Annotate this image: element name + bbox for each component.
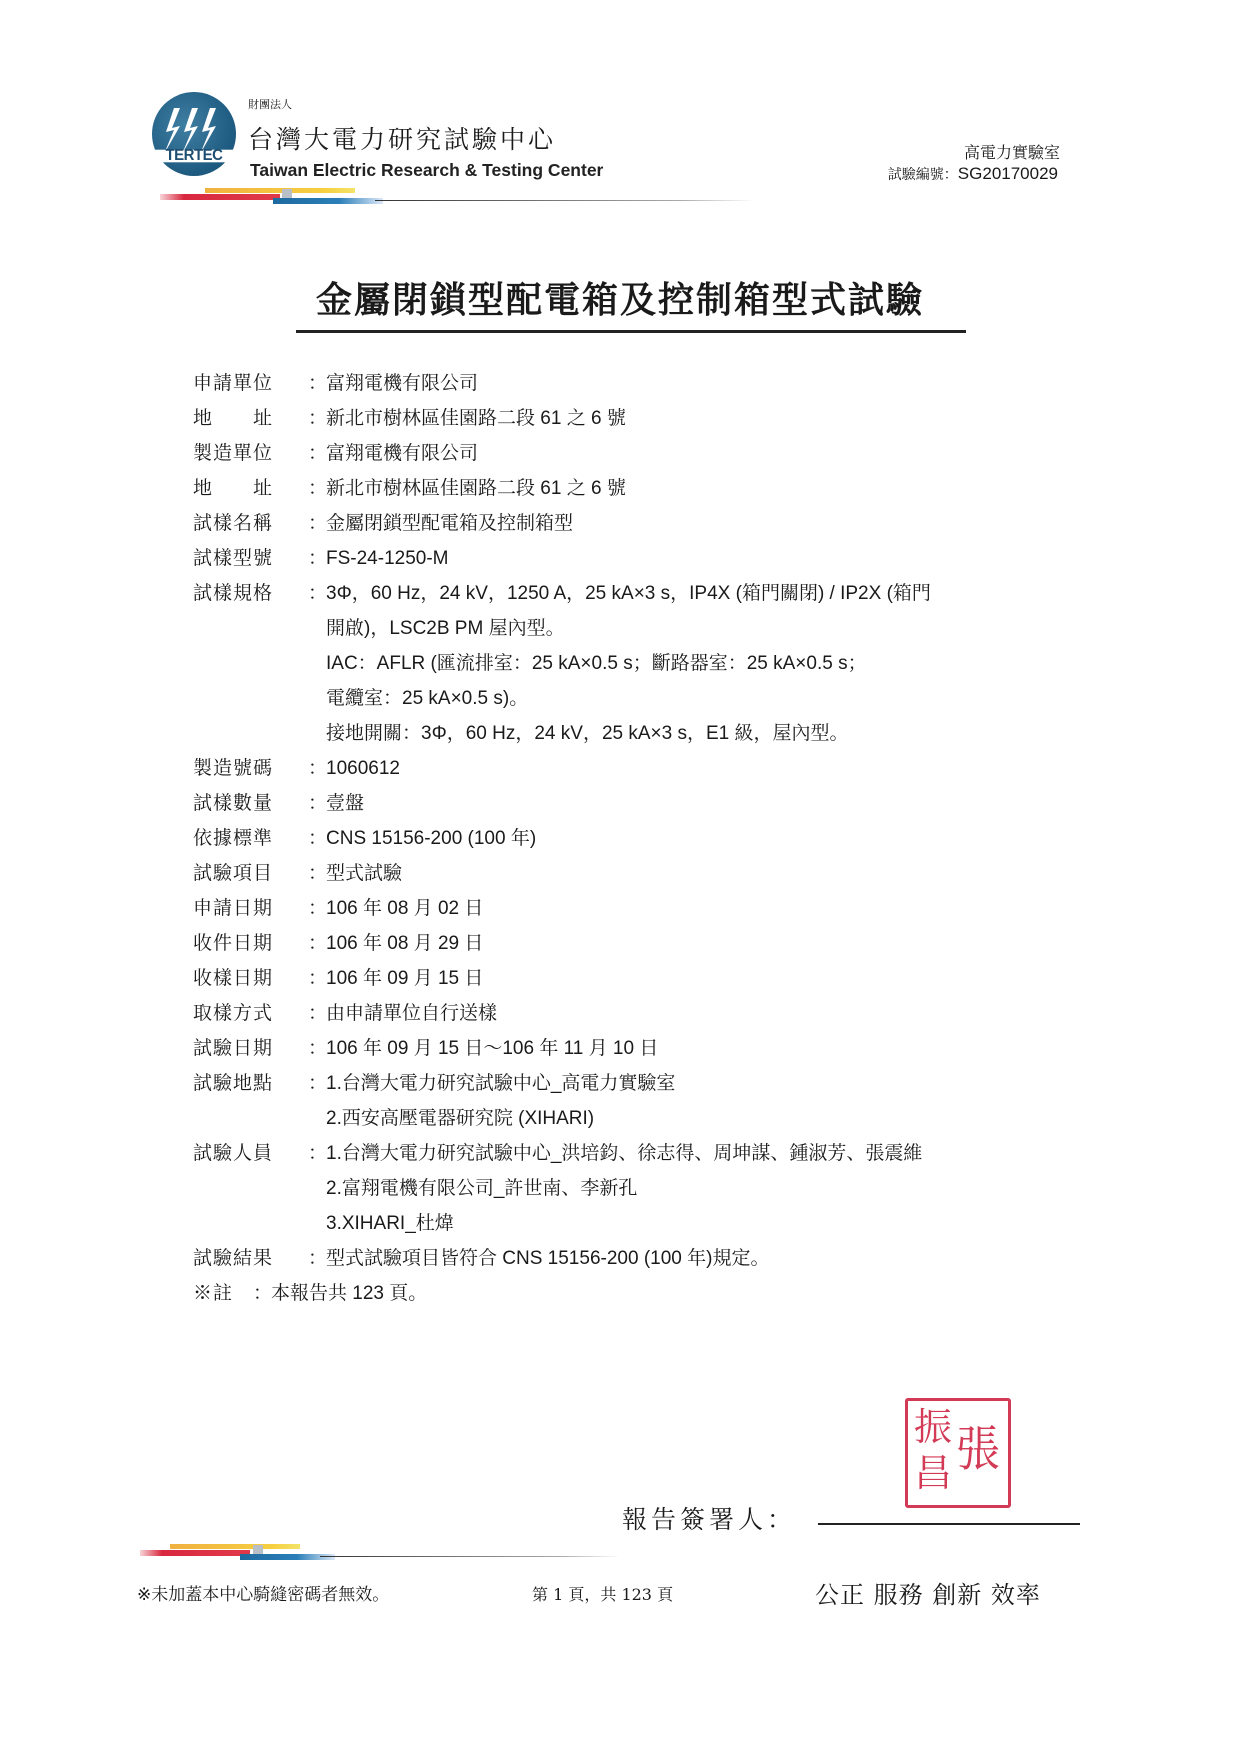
field-label: ※註	[193, 1276, 253, 1311]
test-number: 試驗編號：SG20170029	[888, 164, 1058, 184]
title-underline	[296, 330, 966, 333]
seal-char: 振	[914, 1407, 952, 1447]
validity-notice: ※未加蓋本中心騎縫密碼者無效。	[137, 1580, 389, 1605]
field-value: 富翔電機有限公司	[326, 436, 1093, 471]
field-sample-model: 試樣型號：FS-24-1250-M	[193, 541, 1093, 576]
field-value: 新北市樹林區佳園路二段 61 之 6 號	[326, 471, 1093, 506]
field-label: 試驗人員	[193, 1136, 308, 1171]
field-value: 由申請單位自行送樣	[326, 996, 1093, 1031]
field-label: 申請單位	[193, 366, 308, 401]
field-note: ※註：本報告共 123 頁。	[193, 1276, 1093, 1311]
field-label: 收樣日期	[193, 961, 308, 996]
field-receipt-date: 收件日期：106 年 08 月 29 日	[193, 926, 1093, 961]
field-applicant-address: 地 址：新北市樹林區佳園路二段 61 之 6 號	[193, 401, 1093, 436]
field-label: 試驗地點	[193, 1066, 308, 1101]
field-value: 型式試驗	[326, 856, 1093, 891]
field-test-personnel: 試驗人員：1.台灣大電力研究試驗中心_洪培鈞、徐志得、周坤謀、鍾淑芳、張震維	[193, 1136, 1093, 1171]
footer-color-stripe	[140, 1542, 620, 1562]
field-value: 1060612	[326, 751, 1093, 786]
field-value: 106 年 09 月 15 日～106 年 11 月 10 日	[326, 1031, 1093, 1066]
field-applicant: 申請單位：富翔電機有限公司	[193, 366, 1093, 401]
field-manufacturer-address: 地 址：新北市樹林區佳園路二段 61 之 6 號	[193, 471, 1093, 506]
field-label: 試驗日期	[193, 1031, 308, 1066]
field-application-date: 申請日期：106 年 08 月 02 日	[193, 891, 1093, 926]
field-value: 金屬閉鎖型配電箱及控制箱型	[326, 506, 1093, 541]
field-label: 申請日期	[193, 891, 308, 926]
field-value: 1.台灣大電力研究試驗中心_高電力實驗室	[326, 1066, 1093, 1101]
field-value: FS-24-1250-M	[326, 541, 1093, 576]
field-value: 型式試驗項目皆符合 CNS 15156-200 (100 年)規定。	[326, 1241, 1093, 1276]
field-value: 新北市樹林區佳園路二段 61 之 6 號	[326, 401, 1093, 436]
field-continuation: IAC：AFLR (匯流排室：25 kA×0.5 s；斷路器室：25 kA×0.…	[193, 646, 1093, 681]
field-label: 收件日期	[193, 926, 308, 961]
field-value: 1.台灣大電力研究試驗中心_洪培鈞、徐志得、周坤謀、鍾淑芳、張震維	[326, 1136, 1093, 1171]
seal-char: 張	[956, 1401, 1000, 1500]
page-number: 第 1 頁，共 123 頁	[532, 1582, 673, 1605]
field-continuation: 開啟)，LSC2B PM 屋內型。	[193, 611, 1093, 646]
motto: 公正 服務 創新 效率	[815, 1575, 1041, 1610]
field-test-date: 試驗日期：106 年 09 月 15 日～106 年 11 月 10 日	[193, 1031, 1093, 1066]
document-title: 金屬閉鎖型配電箱及控制箱型式試驗	[0, 272, 1240, 323]
field-test-result: 試驗結果：型式試驗項目皆符合 CNS 15156-200 (100 年)規定。	[193, 1241, 1093, 1276]
field-label: 試樣規格	[193, 576, 308, 611]
signatory-seal: 張 振 昌	[905, 1398, 1011, 1508]
field-label: 試驗結果	[193, 1241, 308, 1276]
field-value: 3Φ，60 Hz，24 kV，1250 A，25 kA×3 s，IP4X (箱門…	[326, 576, 1093, 611]
report-fields: 申請單位：富翔電機有限公司 地 址：新北市樹林區佳園路二段 61 之 6 號 製…	[193, 366, 1093, 1311]
signature-line	[818, 1523, 1080, 1525]
field-continuation: 3.XIHARI_杜煒	[193, 1206, 1093, 1241]
header-color-stripe	[155, 186, 755, 206]
test-number-label: 試驗編號：	[888, 167, 958, 183]
field-continuation: 接地開關：3Φ，60 Hz，24 kV，25 kA×3 s，E1 級，屋內型。	[193, 716, 1093, 751]
field-value: 富翔電機有限公司	[326, 366, 1093, 401]
field-value: 106 年 08 月 29 日	[326, 926, 1093, 961]
field-label: 取樣方式	[193, 996, 308, 1031]
field-manufacturer: 製造單位：富翔電機有限公司	[193, 436, 1093, 471]
field-sample-receipt-date: 收樣日期：106 年 09 月 15 日	[193, 961, 1093, 996]
field-sampling-method: 取樣方式：由申請單位自行送樣	[193, 996, 1093, 1031]
seal-char: 昌	[914, 1453, 952, 1493]
org-name-en: Taiwan Electric Research & Testing Cente…	[250, 160, 603, 181]
logo-text: TERTEC	[144, 150, 244, 163]
field-label: 地 址	[193, 471, 308, 506]
field-label: 試驗項目	[193, 856, 308, 891]
field-value: 本報告共 123 頁。	[271, 1276, 1093, 1311]
field-value: 106 年 08 月 02 日	[326, 891, 1093, 926]
field-continuation: 2.西安高壓電器研究院 (XIHARI)	[193, 1101, 1093, 1136]
field-test-item: 試驗項目：型式試驗	[193, 856, 1093, 891]
field-test-location: 試驗地點：1.台灣大電力研究試驗中心_高電力實驗室	[193, 1066, 1093, 1101]
field-serial-number: 製造號碼：1060612	[193, 751, 1093, 786]
test-number-value: SG20170029	[958, 164, 1058, 183]
field-label: 試樣數量	[193, 786, 308, 821]
field-sample-spec: 試樣規格：3Φ，60 Hz，24 kV，1250 A，25 kA×3 s，IP4…	[193, 576, 1093, 611]
field-label: 製造單位	[193, 436, 308, 471]
field-value: 106 年 09 月 15 日	[326, 961, 1093, 996]
field-label: 試樣型號	[193, 541, 308, 576]
field-continuation: 2.富翔電機有限公司_許世南、李新孔	[193, 1171, 1093, 1206]
field-value: 壹盤	[326, 786, 1093, 821]
field-label: 製造號碼	[193, 751, 308, 786]
field-label: 試樣名稱	[193, 506, 308, 541]
signatory-label: 報告簽署人：	[622, 1500, 796, 1536]
field-value: CNS 15156-200 (100 年)	[326, 821, 1093, 856]
field-continuation: 電纜室：25 kA×0.5 s)。	[193, 681, 1093, 716]
field-label: 依據標準	[193, 821, 308, 856]
field-label: 地 址	[193, 401, 308, 436]
org-name-zh: 台灣大電力研究試驗中心	[248, 120, 556, 156]
field-sample-name: 試樣名稱：金屬閉鎖型配電箱及控制箱型	[193, 506, 1093, 541]
field-sample-quantity: 試樣數量：壹盤	[193, 786, 1093, 821]
field-standard: 依據標準：CNS 15156-200 (100 年)	[193, 821, 1093, 856]
org-prefix: 財團法人	[248, 96, 292, 112]
lab-name: 高電力實驗室	[964, 140, 1060, 163]
